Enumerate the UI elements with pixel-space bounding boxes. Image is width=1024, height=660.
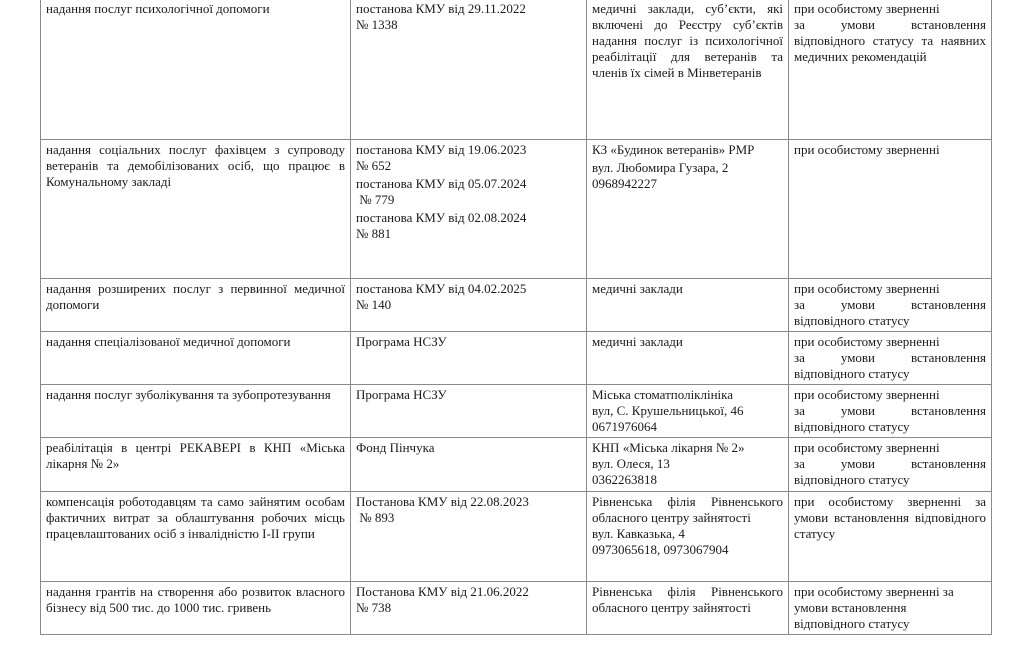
conditions-cell: при особистому зверненні за умови встано… — [789, 332, 992, 385]
basis-line: № 881 — [356, 226, 581, 242]
conditions-cell: при особистому зверненні за умови встано… — [789, 492, 992, 582]
basis-cell: Фонд Пінчука — [351, 438, 587, 492]
conditions-line: за умови встановлення відповідного стату… — [794, 17, 986, 64]
table-row: компенсація роботодавцям та само зайняти… — [41, 492, 992, 582]
service-cell: компенсація роботодавцям та само зайняти… — [41, 492, 351, 582]
provider-line: 0671976064 — [592, 419, 783, 435]
service-cell: реабілітація в центрі РЕКАВЕРІ в КНП «Мі… — [41, 438, 351, 492]
service-text: компенсація роботодавцям та само зайняти… — [46, 494, 345, 541]
conditions-line: умови встановлення — [794, 600, 986, 616]
service-text: надання послуг психологічної допомоги — [46, 1, 270, 16]
conditions-cell: при особистому зверненні за умови встано… — [789, 385, 992, 438]
service-cell: надання спеціалізованої медичної допомог… — [41, 332, 351, 385]
provider-line: вул. Кавказька, 4 — [592, 526, 783, 542]
conditions-line: при особистому зверненні — [794, 387, 986, 403]
provider-cell: КЗ «Будинок ветеранів» РМР вул. Любомира… — [587, 140, 789, 279]
provider-line: Міська стоматполіклініка — [592, 387, 783, 403]
basis-line: постанова КМУ від 04.02.2025 — [356, 281, 581, 297]
basis-cell: Програма НСЗУ — [351, 332, 587, 385]
service-cell: надання соціальних послуг фахівцем з суп… — [41, 140, 351, 279]
service-cell: надання послуг зуболікування та зубопрот… — [41, 385, 351, 438]
conditions-line: при особистому зверненні за — [794, 584, 986, 600]
basis-line: Постанова КМУ від 22.08.2023 — [356, 494, 581, 510]
provider-text: медичні заклади — [592, 334, 683, 349]
basis-line: постанова КМУ від 05.07.2024 — [356, 176, 581, 192]
conditions-cell: при особистому зверненні за умови встано… — [789, 0, 992, 140]
service-cell: надання послуг психологічної допомоги — [41, 0, 351, 140]
basis-line: Програма НСЗУ — [356, 334, 581, 350]
basis-cell: Постанова КМУ від 22.08.2023 № 893 — [351, 492, 587, 582]
conditions-cell: при особистому зверненні за умови встано… — [789, 582, 992, 635]
provider-line: вул, С. Крушельницької, 46 — [592, 403, 783, 419]
provider-cell: медичні заклади — [587, 279, 789, 332]
table-row: надання соціальних послуг фахівцем з суп… — [41, 140, 992, 279]
basis-line: № 652 — [356, 158, 581, 174]
conditions-line: при особистому зверненні за умови встано… — [794, 494, 986, 541]
service-cell: надання розширених послуг з первинної ме… — [41, 279, 351, 332]
conditions-line: при особистому зверненні — [794, 334, 986, 350]
basis-cell: постанова КМУ від 19.06.2023 № 652 поста… — [351, 140, 587, 279]
provider-text: Рівненська філія Рівненського обласного … — [592, 584, 783, 615]
basis-line: № 1338 — [356, 17, 581, 33]
table-row: реабілітація в центрі РЕКАВЕРІ в КНП «Мі… — [41, 438, 992, 492]
basis-line: Постанова КМУ від 21.06.2022 — [356, 584, 581, 600]
basis-line: Фонд Пінчука — [356, 440, 581, 456]
basis-line: № 893 — [356, 510, 581, 526]
basis-cell: Постанова КМУ від 21.06.2022 № 738 — [351, 582, 587, 635]
basis-cell: постанова КМУ від 04.02.2025 № 140 — [351, 279, 587, 332]
provider-text: Рівненська філія Рівненського обласного … — [592, 494, 783, 525]
conditions-cell: при особистому зверненні — [789, 140, 992, 279]
provider-line: вул. Олеся, 13 — [592, 456, 783, 472]
basis-line: постанова КМУ від 19.06.2023 — [356, 142, 581, 158]
basis-line: № 738 — [356, 600, 581, 616]
conditions-line: за умови встановлення відповідного стату… — [794, 403, 986, 434]
provider-text: КЗ «Будинок ветеранів» РМР — [592, 142, 754, 157]
conditions-cell: при особистому зверненні за умови встано… — [789, 279, 992, 332]
basis-line: № 779 — [356, 192, 581, 208]
services-table: надання послуг психологічної допомоги по… — [40, 0, 992, 635]
basis-cell: Програма НСЗУ — [351, 385, 587, 438]
provider-cell: КНП «Міська лікарня № 2» вул. Олеся, 13 … — [587, 438, 789, 492]
provider-line: 0362263818 — [592, 472, 783, 488]
basis-line: Програма НСЗУ — [356, 387, 581, 403]
table-row: надання послуг зуболікування та зубопрот… — [41, 385, 992, 438]
provider-line: 0973065618, 0973067904 — [592, 542, 783, 558]
basis-line: постанова КМУ від 02.08.2024 — [356, 210, 581, 226]
basis-line: постанова КМУ від 29.11.2022 — [356, 1, 581, 17]
provider-cell: Рівненська філія Рівненського обласного … — [587, 582, 789, 635]
provider-cell: Міська стоматполіклініка вул, С. Крушель… — [587, 385, 789, 438]
conditions-line: за умови встановлення відповідного стату… — [794, 456, 986, 487]
table-row: надання розширених послуг з первинної ме… — [41, 279, 992, 332]
basis-line: № 140 — [356, 297, 581, 313]
service-text: надання спеціалізованої медичної допомог… — [46, 334, 291, 349]
service-text: надання соціальних послуг фахівцем з суп… — [46, 142, 345, 189]
conditions-cell: при особистому зверненні за умови встано… — [789, 438, 992, 492]
service-text: надання послуг зуболікування та зубопрот… — [46, 387, 331, 402]
table-row: надання грантів на створення або розвито… — [41, 582, 992, 635]
service-text: реабілітація в центрі РЕКАВЕРІ в КНП «Мі… — [46, 440, 345, 471]
conditions-line: при особистому зверненні — [794, 1, 986, 17]
provider-cell: Рівненська філія Рівненського обласного … — [587, 492, 789, 582]
provider-line: вул. Любомира Гузара, 2 — [592, 160, 783, 176]
provider-line: КНП «Міська лікарня № 2» — [592, 440, 783, 456]
table-row: надання послуг психологічної допомоги по… — [41, 0, 992, 140]
provider-line: 0968942227 — [592, 176, 783, 192]
conditions-line: за умови встановлення відповідного стату… — [794, 297, 986, 328]
conditions-line: при особистому зверненні — [794, 281, 986, 297]
service-text: надання розширених послуг з первинної ме… — [46, 281, 345, 312]
provider-text: медичні заклади, суб’єкти, які включені … — [592, 1, 783, 80]
table-row: надання спеціалізованої медичної допомог… — [41, 332, 992, 385]
conditions-line: при особистому зверненні — [794, 142, 940, 157]
provider-cell: медичні заклади, суб’єкти, які включені … — [587, 0, 789, 140]
service-text: надання грантів на створення або розвито… — [46, 584, 345, 615]
basis-cell: постанова КМУ від 29.11.2022 № 1338 — [351, 0, 587, 140]
conditions-line: за умови встановлення відповідного стату… — [794, 350, 986, 381]
conditions-line: при особистому зверненні — [794, 440, 986, 456]
provider-cell: медичні заклади — [587, 332, 789, 385]
service-cell: надання грантів на створення або розвито… — [41, 582, 351, 635]
conditions-line: відповідного статусу — [794, 616, 986, 632]
provider-text: медичні заклади — [592, 281, 683, 296]
